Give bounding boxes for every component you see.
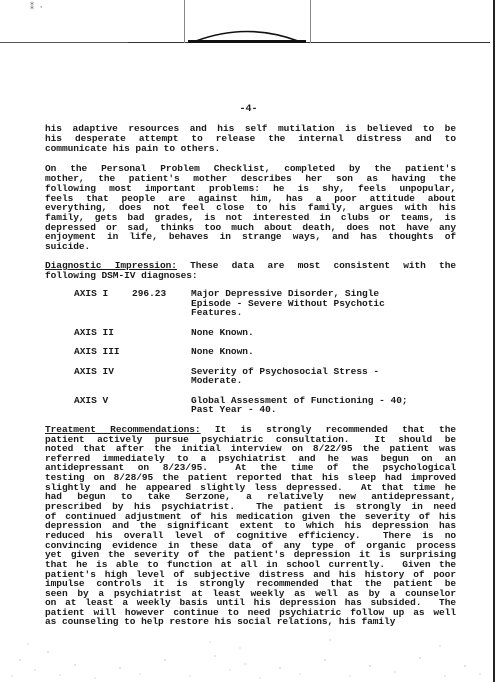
document-page: ⁑ · -4- his adaptive resources and his s… — [0, 0, 497, 682]
diagnosis-code: 296.23 — [132, 289, 166, 299]
axis-label: AXIS III — [74, 347, 120, 357]
text-line: as counseling to help restore his social… — [45, 617, 456, 627]
text-line: enjoyment in life, behaves in strange wa… — [45, 232, 456, 242]
axis-description: Moderate. — [191, 376, 242, 386]
scan-mark: ⁑ · — [30, 2, 44, 12]
axis-label: AXIS I — [74, 289, 108, 299]
axis-description: None Known. — [191, 328, 254, 338]
header-rule-dark — [128, 42, 490, 43]
text-line: following DSM-IV diagnoses: — [45, 271, 456, 281]
axis-description: Past Year - 40. — [191, 405, 277, 415]
axis-description: None Known. — [191, 347, 254, 357]
fold-line-right — [310, 0, 311, 43]
axis-label: AXIS II — [74, 328, 114, 338]
page-edge-border — [493, 0, 495, 682]
axis-description: Features. — [191, 308, 242, 318]
text-line: communicate his pain to others. — [45, 144, 456, 154]
scan-noise — [0, 630, 497, 682]
fold-line-left — [184, 0, 185, 43]
axis-label: AXIS V — [74, 396, 108, 406]
text-line: suicide. — [45, 242, 456, 252]
text-line: These data are most consistent with the — [177, 260, 456, 271]
page-number: -4- — [0, 104, 497, 115]
axis-label: AXIS IV — [74, 367, 114, 377]
binder-clip-mark-icon — [186, 28, 308, 44]
